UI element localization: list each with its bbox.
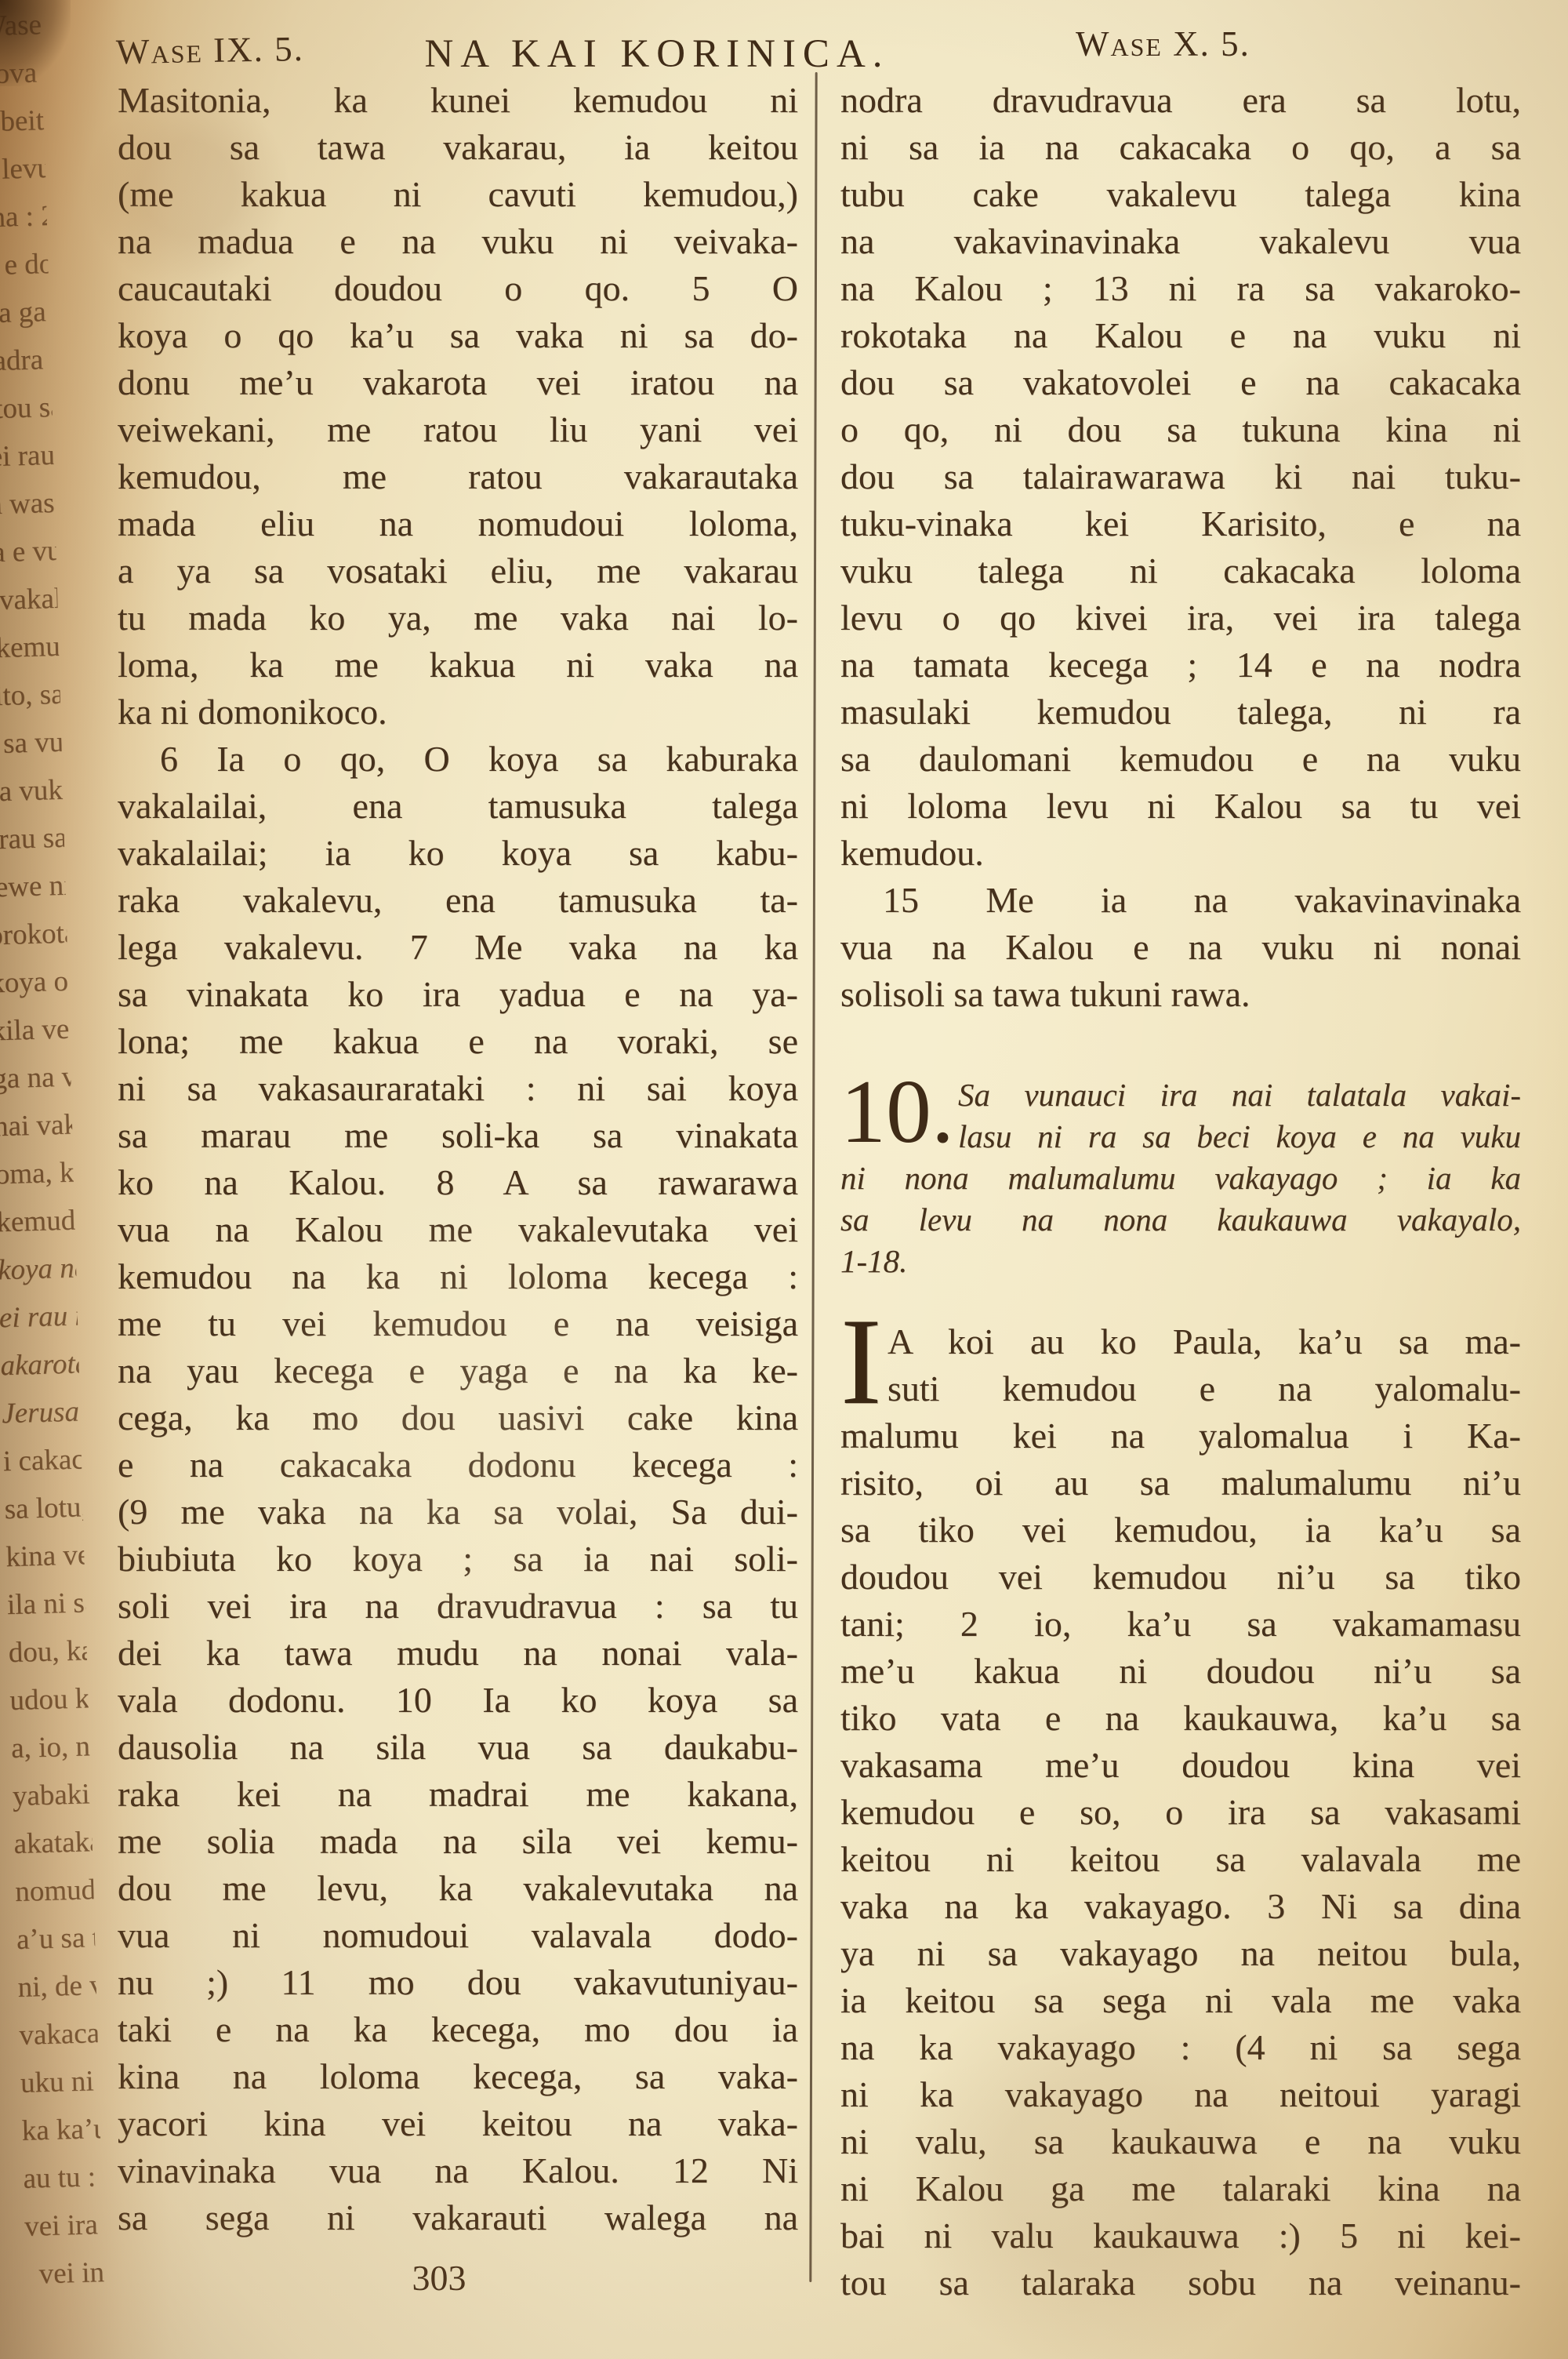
scanned-book-page: Wasetarova one beitakiau levu okina : 21… [0,0,1568,2359]
drop-cap-initial: I [840,1318,887,1409]
chapter-number: 10. [840,1074,958,1158]
running-head-left: Wase IX. 5. [116,28,305,72]
paragraph-continuation-verses-4-5: Masitonia, ka kunei kemudou nidou sa taw… [118,77,798,736]
page-title: NA KAI KORINICA. [424,31,889,77]
chapter-10-heading: 10. Sa vunauci ira nai talatala vakai-la… [840,1074,1521,1282]
chapter-10-body-lines: A koi au ko Paula, ka’u sa ma-suti kemud… [840,1318,1521,2306]
paragraph-verses-6-12: 6 Ia o qo, O koya sa kaburakavakalailai,… [118,736,798,2241]
page-number: 303 [329,2257,549,2299]
left-text-column: Masitonia, ka kunei kemudou nidou sa taw… [118,77,798,2241]
gutter-facing-page-fragments: Wasetarova one beitakiau levu okina : 21… [0,1,107,2359]
paragraph-verse-15: 15 Me ia na vakavinavinakavua na Kalou e… [840,877,1521,1018]
paragraph-chapter-10-verses-1-5: I A koi au ko Paula, ka’u sa ma-suti kem… [840,1318,1521,2306]
column-divider-rule [809,72,817,2282]
running-head-right: Wase X. 5. [1076,24,1250,64]
right-text-column: nodra dravudravua era sa lotu,ni sa ia n… [840,77,1521,2306]
paragraph-continuation-verses-12-14: nodra dravudravua era sa lotu,ni sa ia n… [840,77,1521,877]
